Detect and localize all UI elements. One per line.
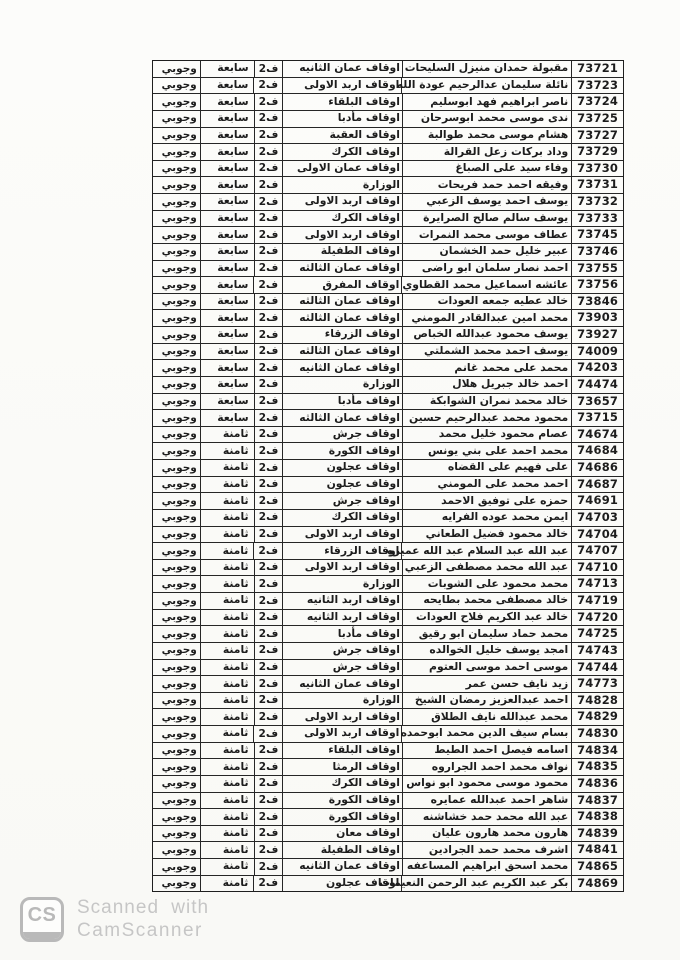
cell-promotion-type: وجوبي <box>153 693 200 709</box>
cell-grade: سابعة <box>200 177 254 193</box>
cell-directorate: اوقاف عجلون <box>282 460 401 476</box>
cell-category: ف2 <box>254 676 283 692</box>
cell-promotion-type: وجوبي <box>153 94 200 110</box>
cell-category: ف2 <box>254 759 283 775</box>
cell-category: ف2 <box>254 360 283 376</box>
cell-serial-number: 73733 <box>571 211 623 227</box>
cell-grade: سابعة <box>200 261 254 277</box>
cell-serial-number: 74719 <box>571 593 623 609</box>
cell-category: ف2 <box>253 78 282 94</box>
cell-serial-number: 73729 <box>571 144 623 160</box>
cell-serial-number: 74707 <box>571 543 623 559</box>
cell-promotion-type: وجوبي <box>153 294 200 310</box>
cell-category: ف2 <box>253 876 282 892</box>
table-row: 74707عبد الله عبد السلام عبد الله عميرها… <box>153 543 623 560</box>
cell-grade: سابعة <box>200 144 254 160</box>
table-row: 73724ناصر ابراهيم فهد ابوسليماوقاف البلق… <box>153 94 623 111</box>
cell-serial-number: 73721 <box>571 61 623 77</box>
cell-employee-name: محمود موسى محمود ابو نواس <box>402 776 571 792</box>
table-row: 74841اشرف محمد حمد الجراديناوقاف الطفيلة… <box>153 842 623 859</box>
cell-directorate: اوقاف اربد الاولى <box>282 726 401 742</box>
cell-promotion-type: وجوبي <box>153 144 200 160</box>
cell-category: ف2 <box>254 826 283 842</box>
cell-category: ف2 <box>253 726 282 742</box>
cell-directorate: اوقاف عمان الثالثه <box>282 344 401 360</box>
cell-serial-number: 73657 <box>571 394 623 410</box>
cell-promotion-type: وجوبي <box>153 244 200 260</box>
cell-category: ف2 <box>254 709 283 725</box>
cell-promotion-type: وجوبي <box>153 776 200 792</box>
cell-directorate: اوقاف عمان الثانيه <box>282 676 401 692</box>
cell-grade: ثامنة <box>200 527 254 543</box>
cell-employee-name: يوسف احمد محمد الشملتي <box>402 344 571 360</box>
table-row: 74830بسام سيف الدين محمد ابوحمدهاوقاف ار… <box>153 726 623 743</box>
cell-employee-name: عبير خليل حمد الخشمان <box>402 244 571 260</box>
cell-serial-number: 74725 <box>571 626 623 642</box>
cell-employee-name: حمزه على توفيق الاحمد <box>402 493 571 509</box>
cell-directorate: اوقاف اربد الاولى <box>282 527 401 543</box>
cell-grade: ثامنة <box>200 493 254 509</box>
cell-grade: ثامنة <box>200 693 254 709</box>
cell-promotion-type: وجوبي <box>153 759 200 775</box>
cell-serial-number: 73745 <box>571 227 623 243</box>
cell-promotion-type: وجوبي <box>153 643 200 659</box>
table-row: 74725محمد حماد سليمان ابو رقيقاوقاف مأدب… <box>153 626 623 643</box>
cell-promotion-type: وجوبي <box>153 510 200 526</box>
table-row: 74828احمد عبدالعزيز رمضان الشيخالوزارةف2… <box>153 693 623 710</box>
cell-employee-name: بسام سيف الدين محمد ابوحمده <box>401 726 571 742</box>
cell-directorate: اوقاف الكورة <box>282 809 401 825</box>
table-row: 74834اسامه فيصل احمد الطيطاوقاف البلقاءف… <box>153 743 623 760</box>
cell-grade: ثامنة <box>200 510 254 526</box>
cell-category: ف2 <box>254 194 283 210</box>
cell-grade: ثامنة <box>200 776 254 792</box>
watermark-line2: CamScanner <box>77 919 209 942</box>
cell-grade: ثامنة <box>200 626 254 642</box>
cell-promotion-type: وجوبي <box>153 726 200 742</box>
cell-employee-name: محمد محمود على الشوبات <box>402 576 571 592</box>
cell-grade: ثامنة <box>200 443 254 459</box>
cell-employee-name: ايمن محمد عوده الفرايه <box>402 510 571 526</box>
cell-category: ف2 <box>254 560 283 576</box>
cell-employee-name: وفاء سيد على الصباغ <box>402 161 571 177</box>
table-row: 74203محمد على محمد غانماوقاف عمان الثاني… <box>153 360 623 377</box>
cell-promotion-type: وجوبي <box>153 593 200 609</box>
cell-grade: ثامنة <box>200 859 254 875</box>
cell-category: ف2 <box>254 510 283 526</box>
cell-employee-name: عصام محمود خليل محمد <box>402 427 571 443</box>
cell-serial-number: 74830 <box>571 726 623 742</box>
cell-promotion-type: وجوبي <box>153 261 200 277</box>
cell-serial-number: 74869 <box>571 876 623 892</box>
table-row: 74703ايمن محمد عوده الفرايهاوقاف الكركف2… <box>153 510 623 527</box>
cell-directorate: اوقاف اربد الاولى <box>282 227 401 243</box>
cell-directorate: اوقاف اربد الثانيه <box>282 593 401 609</box>
cell-promotion-type: وجوبي <box>153 626 200 642</box>
cell-promotion-type: وجوبي <box>153 360 200 376</box>
table-row: 73725ندى موسى محمد ابوسرحاناوقاف مأدباف2… <box>153 111 623 128</box>
cell-serial-number: 73746 <box>571 244 623 260</box>
cell-serial-number: 74841 <box>571 842 623 858</box>
cell-promotion-type: وجوبي <box>153 410 200 426</box>
cell-grade: سابعة <box>200 194 254 210</box>
cell-promotion-type: وجوبي <box>153 111 200 127</box>
cell-employee-name: عبد الله محمد مصطفى الزعبي <box>402 560 571 576</box>
cell-category: ف2 <box>254 842 283 858</box>
cell-serial-number: 74704 <box>571 527 623 543</box>
cell-category: ف2 <box>253 277 282 293</box>
cell-serial-number: 74710 <box>571 560 623 576</box>
cell-employee-name: يوسف احمد يوسف الزعبي <box>402 194 571 210</box>
cell-promotion-type: وجوبي <box>153 211 200 227</box>
camscanner-logo-bar <box>23 932 61 939</box>
table-row: 74839هارون محمد هارون علياناوقاف معانف2ث… <box>153 826 623 843</box>
cell-serial-number: 74836 <box>571 776 623 792</box>
cell-directorate: اوقاف الزرقاء <box>282 327 401 343</box>
cell-grade: ثامنة <box>200 610 254 626</box>
cell-employee-name: محمد عبدالله نايف الطلاق <box>402 709 571 725</box>
table-row: 74773زيد نايف حسن عمراوقاف عمان الثانيهف… <box>153 676 623 693</box>
camscanner-logo-text: CS <box>28 904 57 927</box>
table-row: 73846خالد عطيه جمعه العوداتاوقاف عمان ال… <box>153 294 623 311</box>
cell-promotion-type: وجوبي <box>153 460 200 476</box>
cell-grade: ثامنة <box>200 643 254 659</box>
cell-grade: سابعة <box>200 394 254 410</box>
cell-grade: سابعة <box>200 277 254 293</box>
cell-category: ف2 <box>254 527 283 543</box>
cell-serial-number: 74009 <box>571 344 623 360</box>
cell-category: ف2 <box>254 128 283 144</box>
table-row: 73657خالد محمد نمران الشوابكةاوقاف مأدبا… <box>153 394 623 411</box>
cell-employee-name: شاهر احمد عبدالله عمايره <box>402 793 571 809</box>
cell-directorate: اوقاف اربد الاولى <box>282 560 401 576</box>
cell-directorate: الوزارة <box>282 576 401 592</box>
cell-promotion-type: وجوبي <box>153 310 200 326</box>
cell-serial-number: 74203 <box>571 360 623 376</box>
cell-category: ف2 <box>254 743 283 759</box>
cell-employee-name: اسامه فيصل احمد الطيط <box>402 743 571 759</box>
cell-employee-name: محمد على محمد غانم <box>402 360 571 376</box>
cell-category: ف2 <box>254 244 283 260</box>
table-row: 73729وداد بركات زعل القرالةاوقاف الكركف2… <box>153 144 623 161</box>
cell-serial-number: 74474 <box>571 377 623 393</box>
cell-directorate: اوقاف اربد الاولى <box>282 709 401 725</box>
cell-category: ف2 <box>254 261 283 277</box>
table-row: 74829محمد عبدالله نايف الطلاقاوقاف اربد … <box>153 709 623 726</box>
cell-serial-number: 74839 <box>571 826 623 842</box>
cell-promotion-type: وجوبي <box>153 61 200 77</box>
table-row: 74474احمد خالد جبريل هلالالوزارةف2سابعةو… <box>153 377 623 394</box>
cell-employee-name: محمد امين عبدالقادر المومني <box>402 310 571 326</box>
cell-employee-name: محمود محمد عبدالرحيم حسين <box>402 410 571 426</box>
cell-employee-name: احمد محمد على المومني <box>402 477 571 493</box>
cell-directorate: اوقاف اربد الثانيه <box>282 610 401 626</box>
cell-category: ف2 <box>254 61 283 77</box>
cell-serial-number: 73846 <box>571 294 623 310</box>
cell-directorate: اوقاف الكورة <box>282 443 401 459</box>
cell-serial-number: 74773 <box>571 676 623 692</box>
table-row: 74684محمد احمد على بني يونساوقاف الكورةف… <box>153 443 623 460</box>
cell-promotion-type: وجوبي <box>153 826 200 842</box>
cell-category: ف2 <box>254 610 283 626</box>
table-row: 74719خالد مصطفى محمد بطايحهاوقاف اربد ال… <box>153 593 623 610</box>
cell-grade: سابعة <box>200 377 254 393</box>
cell-category: ف2 <box>254 809 283 825</box>
cell-directorate: الوزارة <box>282 377 401 393</box>
cell-grade: سابعة <box>200 294 254 310</box>
table-row: 73715محمود محمد عبدالرحيم حسيناوقاف عمان… <box>153 410 623 427</box>
cell-serial-number: 74834 <box>571 743 623 759</box>
cell-employee-name: احمد عبدالعزيز رمضان الشيخ <box>402 693 571 709</box>
cell-category: ف2 <box>254 144 283 160</box>
cell-employee-name: هشام موسى محمد طوالبة <box>402 128 571 144</box>
cell-serial-number: 74720 <box>571 610 623 626</box>
table-row: 73755احمد نصار سلمان ابو راضىاوقاف عمان … <box>153 261 623 278</box>
cell-category: ف2 <box>254 161 283 177</box>
cell-serial-number: 74691 <box>571 493 623 509</box>
cell-serial-number: 74829 <box>571 709 623 725</box>
cell-employee-name: على فهيم على القضاه <box>402 460 571 476</box>
cell-directorate: اوقاف معان <box>282 826 401 842</box>
cell-employee-name: محمد اسحق ابراهيم المساعفه <box>402 859 571 875</box>
cell-category: ف2 <box>254 427 283 443</box>
cell-serial-number: 74835 <box>571 759 623 775</box>
cell-grade: ثامنة <box>200 759 254 775</box>
cell-directorate: اوقاف الكرك <box>282 211 401 227</box>
cell-category: ف2 <box>254 344 283 360</box>
cell-employee-name: خالد عبد الكريم فلاح العودات <box>402 610 571 626</box>
table-row: 73756عائشه اسماعيل محمد القطاوياوقاف الم… <box>153 277 623 294</box>
cell-grade: ثامنة <box>200 726 254 742</box>
cell-grade: ثامنة <box>200 842 254 858</box>
cell-promotion-type: وجوبي <box>153 427 200 443</box>
watermark-line1: Scanned with <box>77 896 209 919</box>
cell-category: ف2 <box>254 576 283 592</box>
table-row: 73731وفيقه احمد حمد فريحاتالوزارةف2سابعة… <box>153 177 623 194</box>
table-row: 73727هشام موسى محمد طوالبةاوقاف العقبةف2… <box>153 128 623 145</box>
cell-employee-name: يوسف محمود عبدالله الخباص <box>402 327 571 343</box>
table-row: 74837شاهر احمد عبدالله عمايرهاوقاف الكور… <box>153 793 623 810</box>
cell-grade: سابعة <box>200 410 254 426</box>
cell-grade: سابعة <box>200 94 254 110</box>
cell-serial-number: 73723 <box>571 78 623 94</box>
table-row: 74674عصام محمود خليل محمداوقاف جرشف2ثامن… <box>153 427 623 444</box>
cell-category: ف2 <box>254 227 283 243</box>
cell-serial-number: 74744 <box>571 660 623 676</box>
cell-employee-name: ندى موسى محمد ابوسرحان <box>402 111 571 127</box>
cell-employee-name: موسى احمد موسى العتوم <box>402 660 571 676</box>
cell-category: ف2 <box>254 410 283 426</box>
cell-grade: ثامنة <box>200 560 254 576</box>
cell-employee-name: محمد حماد سليمان ابو رقيق <box>402 626 571 642</box>
cell-grade: ثامنة <box>200 477 254 493</box>
cell-grade: ثامنة <box>200 876 254 892</box>
cell-grade: ثامنة <box>200 793 254 809</box>
cell-employee-name: امجد يوسف خليل الخوالده <box>402 643 571 659</box>
table-row: 74009يوسف احمد محمد الشملتياوقاف عمان ال… <box>153 344 623 361</box>
cell-serial-number: 73731 <box>571 177 623 193</box>
cell-category: ف2 <box>254 94 283 110</box>
cell-directorate: اوقاف عمان الثالثه <box>282 410 401 426</box>
watermark-text: Scanned with CamScanner <box>77 896 209 942</box>
cell-category: ف2 <box>254 211 283 227</box>
cell-employee-name: عطاف موسى محمد النمرات <box>402 227 571 243</box>
promotion-table: 73721مقبولة حمدان منيزل السليحاتاوقاف عم… <box>152 60 624 892</box>
cell-serial-number: 74865 <box>571 859 623 875</box>
cell-category: ف2 <box>254 477 283 493</box>
cell-grade: سابعة <box>200 344 254 360</box>
table-row: 73721مقبولة حمدان منيزل السليحاتاوقاف عم… <box>153 61 623 78</box>
cell-grade: ثامنة <box>200 709 254 725</box>
cell-directorate: اوقاف مأدبا <box>282 111 401 127</box>
cell-serial-number: 73724 <box>571 94 623 110</box>
cell-employee-name: خالد محمود فضيل الطعاني <box>402 527 571 543</box>
cell-directorate: اوقاف العقبة <box>282 128 401 144</box>
cell-serial-number: 73755 <box>571 261 623 277</box>
table-row: 73733يوسف سالم صالح الصرايرةاوقاف الكركف… <box>153 211 623 228</box>
cell-grade: سابعة <box>200 211 254 227</box>
cell-promotion-type: وجوبي <box>153 660 200 676</box>
cell-directorate: اوقاف عمان الثالثه <box>282 261 401 277</box>
cell-directorate: اوقاف جرش <box>282 643 401 659</box>
cell-grade: سابعة <box>200 61 254 77</box>
cell-directorate: اوقاف جرش <box>282 493 401 509</box>
cell-serial-number: 73756 <box>571 277 623 293</box>
cell-employee-name: عبد الله عبد السلام عبد الله عميره <box>401 543 571 559</box>
cell-directorate: اوقاف عمان الثالثه <box>282 310 401 326</box>
cell-category: ف2 <box>254 593 283 609</box>
cell-promotion-type: وجوبي <box>153 527 200 543</box>
cell-category: ف2 <box>254 660 283 676</box>
cell-serial-number: 74703 <box>571 510 623 526</box>
cell-directorate: اوقاف الكورة <box>282 793 401 809</box>
cell-employee-name: احمد خالد جبريل هلال <box>402 377 571 393</box>
cell-promotion-type: وجوبي <box>153 277 200 293</box>
cell-promotion-type: وجوبي <box>153 859 200 875</box>
cell-directorate: اوقاف عمان الاولى <box>282 161 401 177</box>
cell-category: ف2 <box>254 460 283 476</box>
table-row: 74686على فهيم على القضاهاوقاف عجلونف2ثام… <box>153 460 623 477</box>
cell-directorate: اوقاف الرمثا <box>282 759 401 775</box>
cell-grade: سابعة <box>200 244 254 260</box>
table-row: 73723نائلة سليمان عدالرحيم عودة اللهاوقا… <box>153 78 623 95</box>
cell-promotion-type: وجوبي <box>153 576 200 592</box>
cell-promotion-type: وجوبي <box>153 227 200 243</box>
cell-promotion-type: وجوبي <box>153 377 200 393</box>
cell-promotion-type: وجوبي <box>153 327 200 343</box>
cell-directorate: اوقاف الكرك <box>282 144 401 160</box>
cell-employee-name: زيد نايف حسن عمر <box>402 676 571 692</box>
cell-directorate: اوقاف اربد الاولى <box>282 194 401 210</box>
cell-promotion-type: وجوبي <box>153 443 200 459</box>
table-row: 74704خالد محمود فضيل الطعانياوقاف اربد ا… <box>153 527 623 544</box>
cell-employee-name: نائلة سليمان عدالرحيم عودة الله <box>401 78 571 94</box>
cell-serial-number: 73730 <box>571 161 623 177</box>
table-row: 74865محمد اسحق ابراهيم المساعفهاوقاف عما… <box>153 859 623 876</box>
cell-grade: سابعة <box>200 360 254 376</box>
cell-employee-name: عائشه اسماعيل محمد القطاوي <box>401 277 571 293</box>
cell-category: ف2 <box>254 693 283 709</box>
cell-grade: ثامنة <box>200 543 254 559</box>
cell-promotion-type: وجوبي <box>153 610 200 626</box>
cell-directorate: اوقاف عجلون <box>282 477 401 493</box>
cell-promotion-type: وجوبي <box>153 709 200 725</box>
cell-grade: ثامنة <box>200 660 254 676</box>
cell-promotion-type: وجوبي <box>153 394 200 410</box>
cell-promotion-type: وجوبي <box>153 543 200 559</box>
cell-grade: سابعة <box>200 78 254 94</box>
cell-employee-name: خالد مصطفى محمد بطايحه <box>402 593 571 609</box>
cell-directorate: اوقاف مأدبا <box>282 626 401 642</box>
cell-category: ف2 <box>254 377 283 393</box>
cell-promotion-type: وجوبي <box>153 194 200 210</box>
cell-promotion-type: وجوبي <box>153 809 200 825</box>
cell-employee-name: احمد نصار سلمان ابو راضى <box>402 261 571 277</box>
cell-directorate: اوقاف الزرقاء <box>282 543 401 559</box>
cell-serial-number: 74713 <box>571 576 623 592</box>
cell-promotion-type: وجوبي <box>153 842 200 858</box>
cell-directorate: اوقاف البلقاء <box>282 743 401 759</box>
table-row: 74691حمزه على توفيق الاحمداوقاف جرشف2ثام… <box>153 493 623 510</box>
cell-category: ف2 <box>254 111 283 127</box>
table-row: 74835نواف محمد احمد الجراروهاوقاف الرمثا… <box>153 759 623 776</box>
cell-serial-number: 74687 <box>571 477 623 493</box>
cell-directorate: اوقاف عجلون <box>282 876 401 892</box>
cell-promotion-type: وجوبي <box>153 177 200 193</box>
cell-category: ف2 <box>253 543 282 559</box>
cell-employee-name: ناصر ابراهيم فهد ابوسليم <box>402 94 571 110</box>
cell-grade: سابعة <box>200 310 254 326</box>
cell-employee-name: وفيقه احمد حمد فريحات <box>402 177 571 193</box>
cell-serial-number: 73727 <box>571 128 623 144</box>
cell-directorate: اوقاف عمان الثانيه <box>282 360 401 376</box>
cell-directorate: اوقاف البلقاء <box>282 94 401 110</box>
cell-serial-number: 73732 <box>571 194 623 210</box>
cell-serial-number: 73725 <box>571 111 623 127</box>
cell-serial-number: 74838 <box>571 809 623 825</box>
cell-employee-name: يوسف سالم صالح الصرايرة <box>402 211 571 227</box>
cell-serial-number: 74837 <box>571 793 623 809</box>
table-row: 73903محمد امين عبدالقادر المومنياوقاف عم… <box>153 310 623 327</box>
table-row: 73927يوسف محمود عبدالله الخباصاوقاف الزر… <box>153 327 623 344</box>
cell-directorate: اوقاف جرش <box>282 427 401 443</box>
cell-directorate: اوقاف جرش <box>282 660 401 676</box>
cell-promotion-type: وجوبي <box>153 560 200 576</box>
cell-employee-name: اشرف محمد حمد الجرادين <box>402 842 571 858</box>
cell-employee-name: وداد بركات زعل القرالة <box>402 144 571 160</box>
cell-directorate: اوقاف مأدبا <box>282 394 401 410</box>
table-row: 73746عبير خليل حمد الخشماناوقاف الطفيلةف… <box>153 244 623 261</box>
cell-promotion-type: وجوبي <box>153 743 200 759</box>
cell-serial-number: 73927 <box>571 327 623 343</box>
cell-serial-number: 74674 <box>571 427 623 443</box>
cell-grade: ثامنة <box>200 809 254 825</box>
cell-serial-number: 74686 <box>571 460 623 476</box>
table-row: 74836محمود موسى محمود ابو نواساوقاف الكر… <box>153 776 623 793</box>
cell-grade: سابعة <box>200 161 254 177</box>
cell-grade: ثامنة <box>200 593 254 609</box>
table-row: 74713محمد محمود على الشوباتالوزارةف2ثامن… <box>153 576 623 593</box>
cell-directorate: اوقاف عمان الثالثه <box>282 294 401 310</box>
cell-employee-name: نواف محمد احمد الجراروه <box>402 759 571 775</box>
cell-promotion-type: وجوبي <box>153 477 200 493</box>
cell-directorate: اوقاف اربد الاولى <box>282 78 401 94</box>
camscanner-logo-icon: CS <box>20 897 64 942</box>
cell-grade: سابعة <box>200 128 254 144</box>
cell-grade: ثامنة <box>200 676 254 692</box>
cell-category: ف2 <box>254 394 283 410</box>
cell-directorate: اوقاف الطفيلة <box>282 842 401 858</box>
